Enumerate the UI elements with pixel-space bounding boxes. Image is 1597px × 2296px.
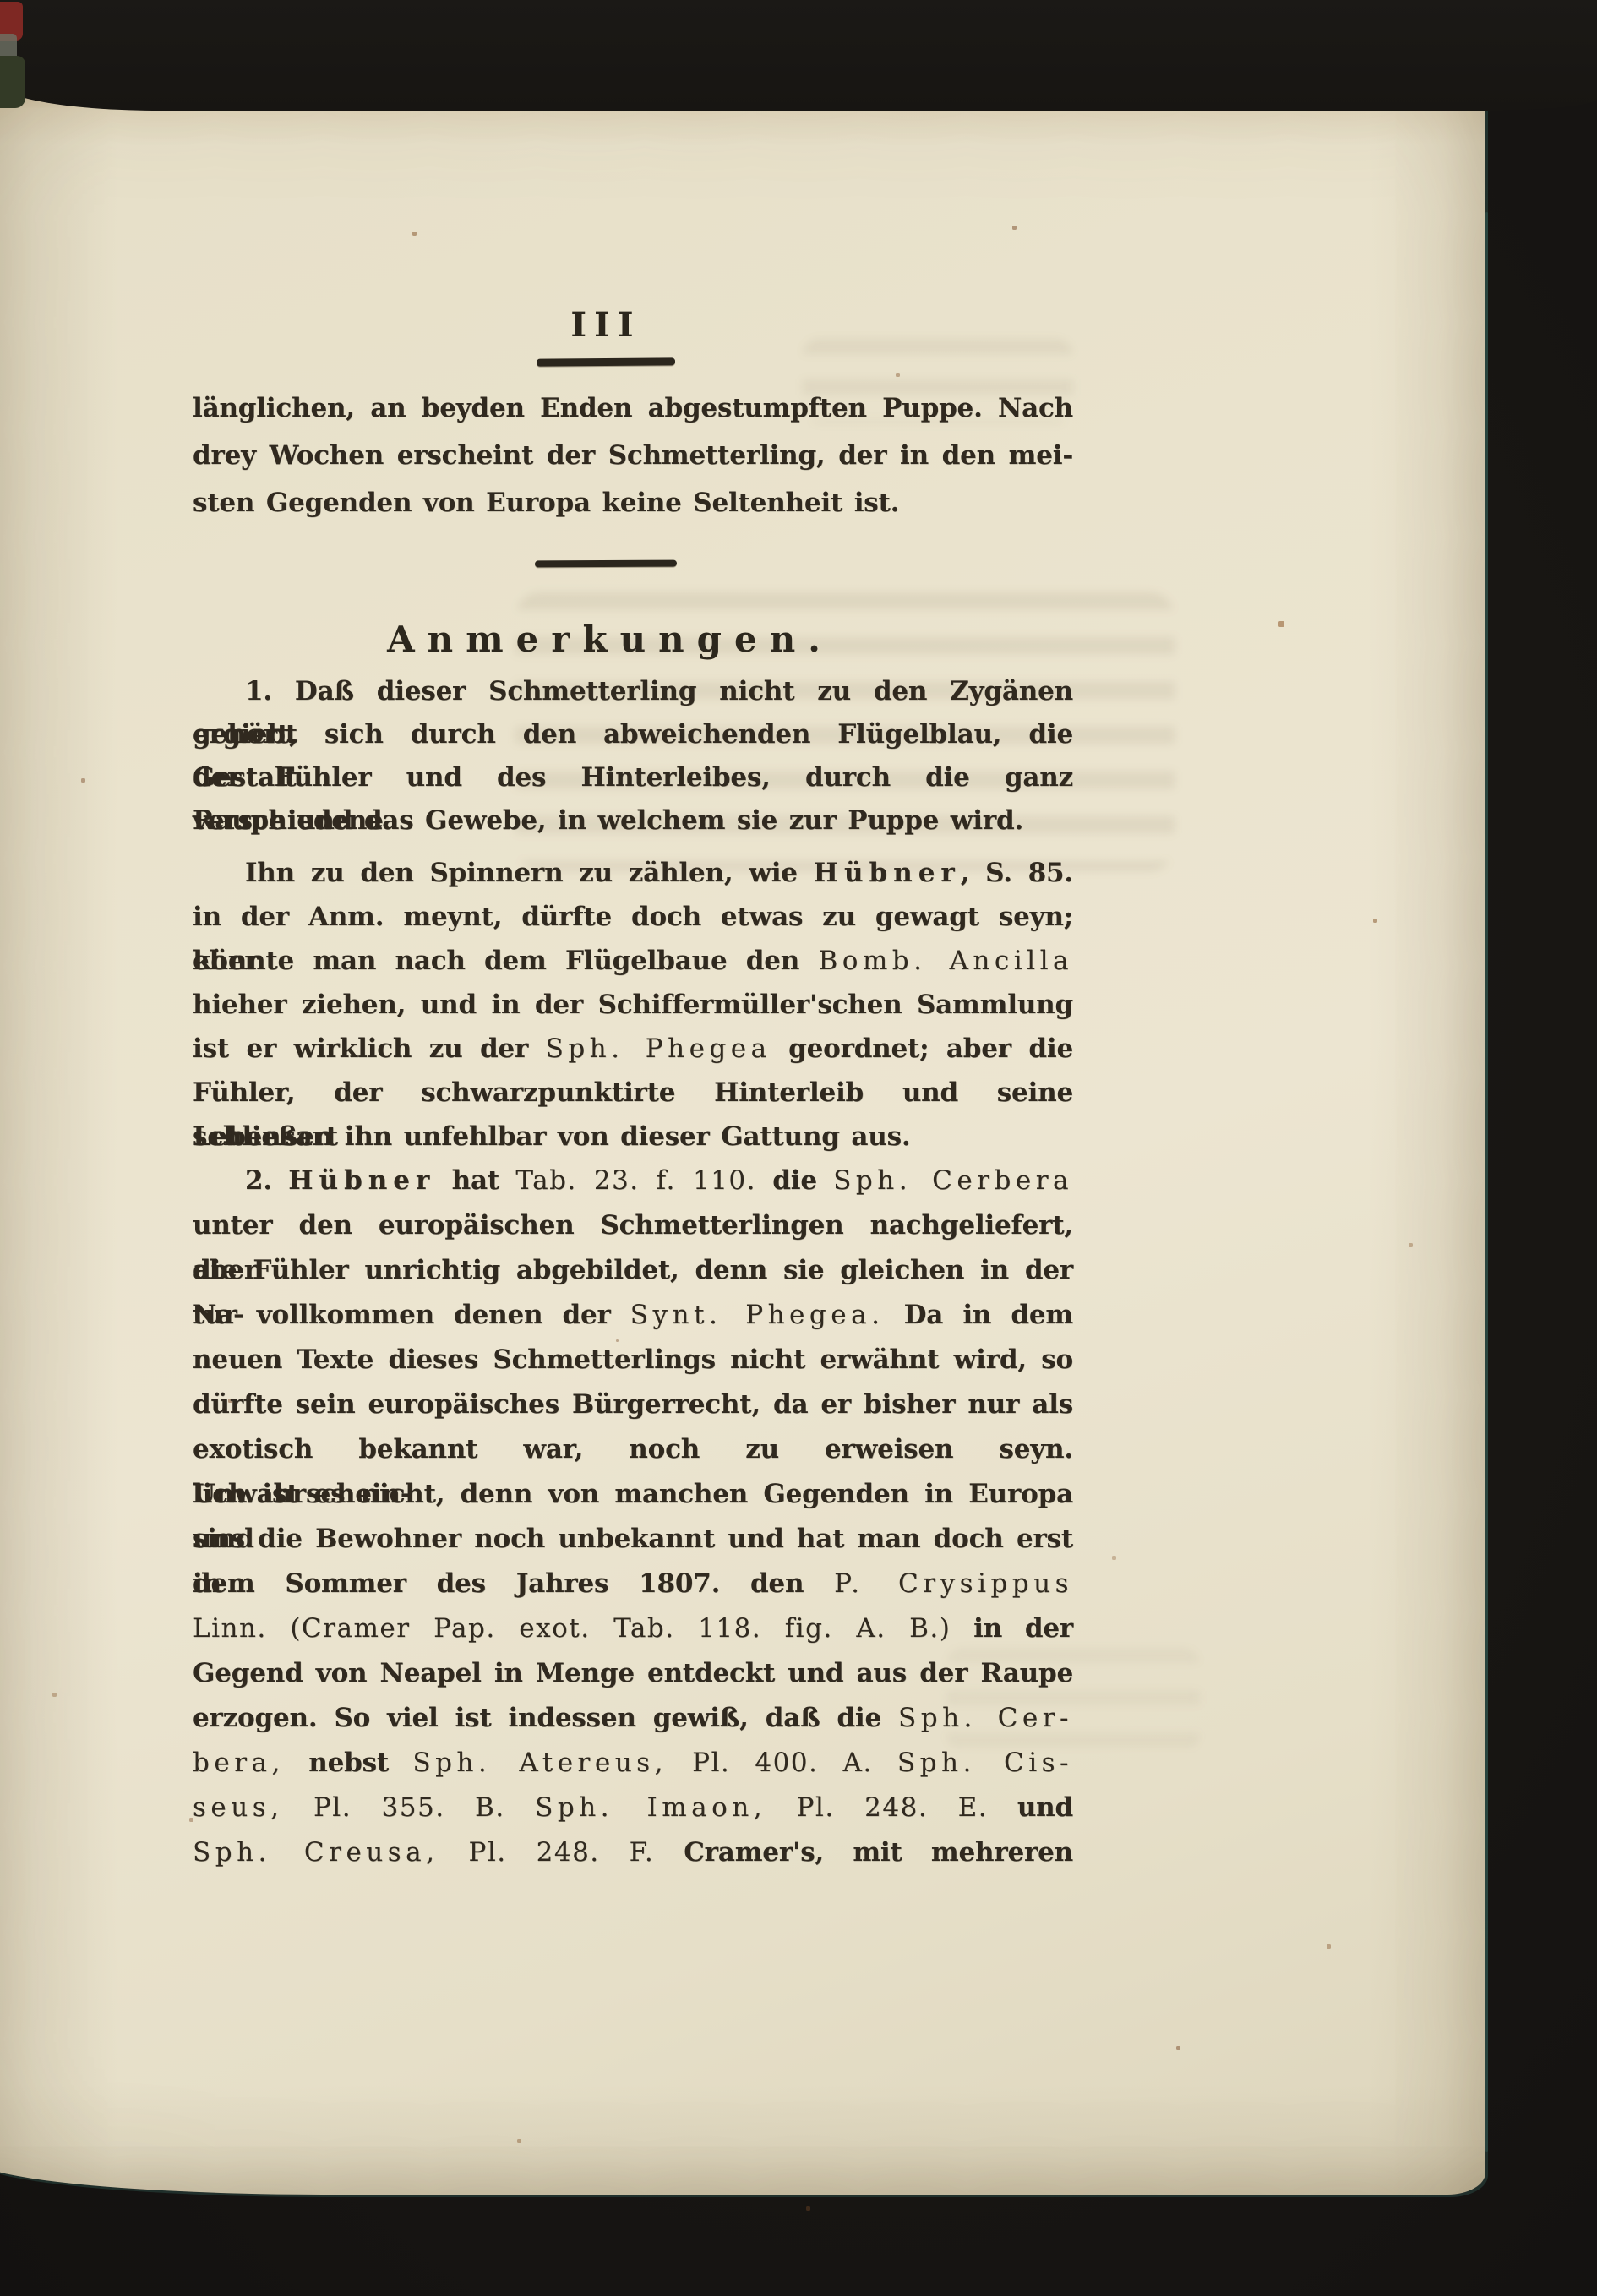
- text-line: könnte man nach dem Flügelbaue den Bomb.…: [193, 939, 1073, 983]
- text-line: der Fühler und des Hinterleibes, durch d…: [193, 756, 1073, 799]
- text-column: III länglichen, an beyden Enden abgestum…: [193, 306, 1073, 1875]
- text-segment: Synt. Phegea.: [630, 1300, 885, 1330]
- text-line: lich ist es nicht, denn von manchen Gege…: [193, 1472, 1073, 1517]
- text-line: dem Sommer des Jahres 1807. den P. Crysi…: [193, 1562, 1073, 1606]
- text-segment: erzogen. So viel ist indessen gewiß, daß…: [193, 1703, 898, 1733]
- text-segment: und: [988, 1792, 1073, 1823]
- text-line: hieher ziehen, und in der Schiffermüller…: [193, 983, 1073, 1027]
- text-segment: bera,: [193, 1748, 285, 1778]
- text-line: uns die Bewohner noch unbekannt und hat …: [193, 1517, 1073, 1562]
- text-segment: dem Sommer des Jahres 1807. den: [193, 1568, 834, 1599]
- text-line: Raupe und das Gewebe, in welchem sie zur…: [193, 799, 1073, 843]
- text-segment: in der: [951, 1613, 1073, 1644]
- text-line: neuen Texte dieses Schmetterlings nicht …: [193, 1338, 1073, 1383]
- text-segment: hat: [435, 1165, 515, 1196]
- text-segment: 2.: [245, 1165, 288, 1196]
- text-line: in der Anm. meynt, dürfte doch etwas zu …: [193, 895, 1073, 939]
- scanner-background: III länglichen, an beyden Enden abgestum…: [0, 0, 1597, 2296]
- section-divider-rule: [535, 560, 677, 568]
- text-segment: Pl. 248. E.: [766, 1792, 988, 1823]
- text-segment: Sph. Cerbera: [833, 1165, 1073, 1196]
- text-line: sten Gegenden von Europa keine Seltenhei…: [193, 479, 1073, 526]
- text-segment: schließen ihn unfehlbar von dieser Gattu…: [193, 1121, 910, 1152]
- header-rule: [537, 357, 675, 366]
- page-number: III: [471, 306, 741, 345]
- text-segment: Hübner: [288, 1165, 435, 1196]
- paragraph: 2. Hübner hat Tab. 23. f. 110. die Sph. …: [193, 1159, 1073, 1875]
- text-segment: drey Wochen erscheint der Schmetterling,…: [193, 440, 1073, 471]
- text-line: 1. Daß dieser Schmetterling nicht zu den…: [193, 670, 1073, 713]
- text-segment: Pl. 355. B.: [283, 1792, 535, 1823]
- text-segment: seus,: [193, 1792, 283, 1823]
- text-line: Fühler, der schwarzpunktirte Hinterleib …: [193, 1071, 1073, 1115]
- text-segment: P. Crysippus: [834, 1568, 1073, 1599]
- text-segment: Da in dem: [884, 1300, 1073, 1330]
- paragraph: Ihn zu den Spinnern zu zählen, wie Hübne…: [193, 851, 1073, 1159]
- text-line: länglichen, an beyden Enden abgestumpfte…: [193, 384, 1073, 432]
- text-segment: Sph. Creusa,: [193, 1837, 439, 1868]
- page-top-shadow: [0, 0, 1597, 111]
- text-segment: neuen Texte dieses Schmetterlings nicht …: [193, 1344, 1073, 1375]
- text-line: Ihn zu den Spinnern zu zählen, wie Hübne…: [193, 851, 1073, 895]
- text-segment: Bomb. Ancilla: [818, 946, 1073, 976]
- text-segment: Linn. (Cramer Pap. exot. Tab. 118. fig. …: [193, 1613, 951, 1644]
- text-segment: Ihn zu den Spinnern zu zählen, wie: [245, 858, 814, 888]
- text-line: exotisch bekannt war, noch zu erweisen s…: [193, 1427, 1073, 1472]
- text-line: 2. Hübner hat Tab. 23. f. 110. die Sph. …: [193, 1159, 1073, 1203]
- text-segment: Sph. Atereus,: [412, 1748, 668, 1778]
- text-line: erzogen. So viel ist indessen gewiß, daß…: [193, 1696, 1073, 1741]
- text-line: unter den europäischen Schmetterlingen n…: [193, 1203, 1073, 1248]
- text-block: länglichen, an beyden Enden abgestumpfte…: [193, 384, 1073, 1875]
- text-line: ist er wirklich zu der Sph. Phegea geord…: [193, 1027, 1073, 1071]
- text-segment: Sph. Cer-: [898, 1703, 1073, 1733]
- text-segment: Sph. Phegea: [546, 1033, 771, 1064]
- text-line: Gegend von Neapel in Menge entdeckt und …: [193, 1651, 1073, 1696]
- text-segment: Pl. 248. F.: [439, 1837, 684, 1868]
- binding-edge-olive: [0, 56, 25, 108]
- text-segment: Raupe und das Gewebe, in welchem sie zur…: [193, 805, 1023, 836]
- text-line: Linn. (Cramer Pap. exot. Tab. 118. fig. …: [193, 1606, 1073, 1651]
- text-segment: Gegend von Neapel in Menge entdeckt und …: [193, 1658, 1073, 1688]
- text-line: bera, nebst Sph. Atereus, Pl. 400. A. Sp…: [193, 1741, 1073, 1786]
- paragraph: länglichen, an beyden Enden abgestumpfte…: [193, 384, 1073, 526]
- text-line: dürfte sein europäisches Bürgerrecht, da…: [193, 1383, 1073, 1427]
- text-segment: , S. 85.: [961, 858, 1073, 888]
- text-segment: geordnet; aber die: [771, 1033, 1073, 1064]
- text-segment: tur vollkommen denen der: [193, 1300, 630, 1330]
- text-segment: Cramer's, mit mehreren: [684, 1837, 1073, 1868]
- text-segment: länglichen, an beyden Enden abgestumpfte…: [193, 393, 1073, 423]
- text-segment: die: [756, 1165, 833, 1196]
- text-segment: sten Gegenden von Europa keine Seltenhei…: [193, 488, 899, 518]
- text-segment: hieher ziehen, und in der Schiffermüller…: [193, 990, 1073, 1020]
- text-segment: nebst: [285, 1748, 412, 1778]
- text-segment: könnte man nach dem Flügelbaue den: [193, 946, 818, 976]
- text-line: schließen ihn unfehlbar von dieser Gattu…: [193, 1115, 1073, 1159]
- text-line: die Fühler unrichtig abgebildet, denn si…: [193, 1248, 1073, 1293]
- text-segment: Sph. Cis-: [897, 1748, 1073, 1778]
- text-segment: ist er wirklich zu der: [193, 1033, 546, 1064]
- text-segment: Tab. 23. f. 110.: [515, 1165, 756, 1196]
- text-segment: Sph. Imaon,: [535, 1792, 766, 1823]
- page-header: III: [471, 306, 741, 366]
- paragraph: 1. Daß dieser Schmetterling nicht zu den…: [193, 670, 1073, 843]
- text-line: Sph. Creusa, Pl. 248. F. Cramer's, mit m…: [193, 1830, 1073, 1875]
- text-segment: Pl. 400. A.: [668, 1748, 897, 1778]
- text-segment: dürfte sein europäisches Bürgerrecht, da…: [193, 1389, 1073, 1420]
- text-segment: Hübner: [814, 858, 961, 888]
- text-line: ergiebt sich durch den abweichenden Flüg…: [193, 713, 1073, 756]
- section-heading: Anmerkungen.: [170, 619, 1050, 660]
- text-line: seus, Pl. 355. B. Sph. Imaon, Pl. 248. E…: [193, 1786, 1073, 1830]
- book-page: III länglichen, an beyden Enden abgestum…: [0, 85, 1485, 2195]
- text-line: drey Wochen erscheint der Schmetterling,…: [193, 432, 1073, 479]
- text-line: tur vollkommen denen der Synt. Phegea. D…: [193, 1293, 1073, 1338]
